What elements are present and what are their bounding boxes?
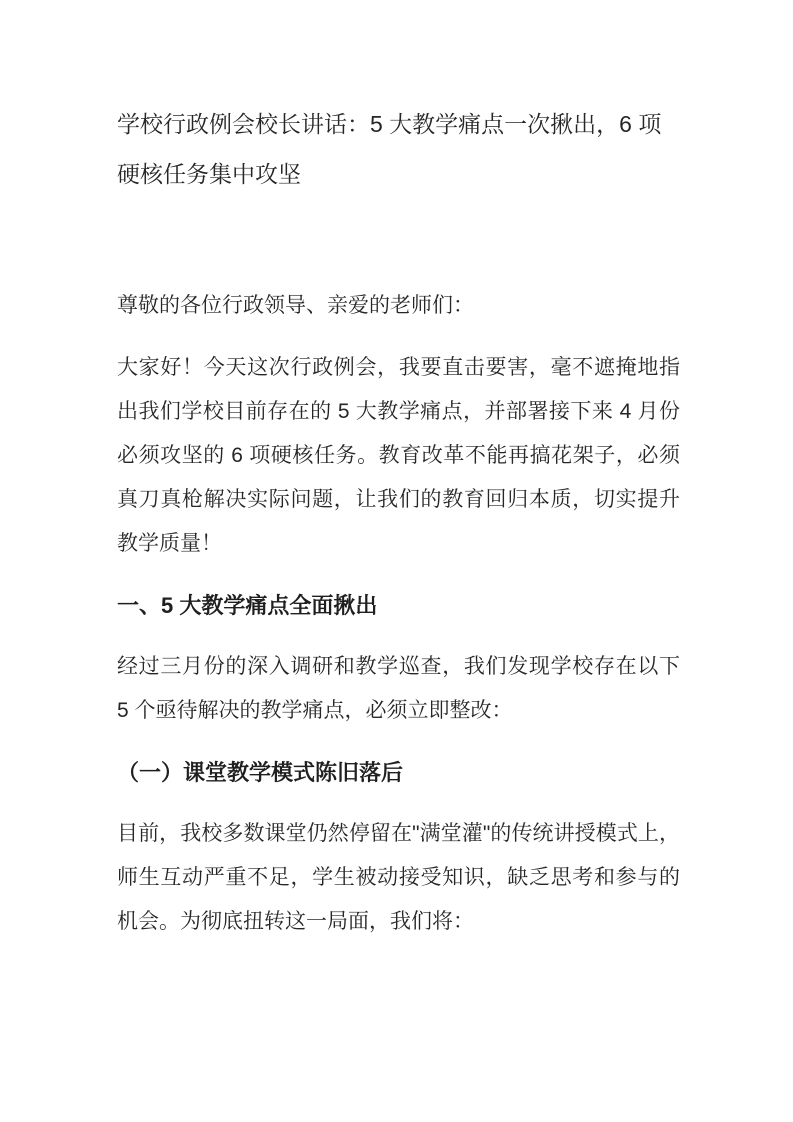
greeting-paragraph: 尊敬的各位行政领导、亲爱的老师们： (117, 284, 680, 328)
section-1-heading: 一、5 大教学痛点全面揪出 (117, 584, 680, 628)
subsection-1-body-paragraph: 目前，我校多数课堂仍然停留在"满堂灌"的传统讲授模式上，师生互动严重不足，学生被… (117, 812, 680, 944)
intro-paragraph: 大家好！今天这次行政例会，我要直击要害，毫不遮掩地指出我们学校目前存在的 5 大… (117, 346, 680, 566)
subsection-1-heading: （一）课堂教学模式陈旧落后 (117, 751, 680, 795)
section-1-intro-paragraph: 经过三月份的深入调研和教学巡查，我们发现学校存在以下 5 个亟待解决的教学痛点，… (117, 645, 680, 733)
article-title: 学校行政例会校长讲话：5 大教学痛点一次揪出，6 项硬核任务集中攻坚 (117, 99, 680, 199)
document-page: 学校行政例会校长讲话：5 大教学痛点一次揪出，6 项硬核任务集中攻坚 尊敬的各位… (0, 0, 793, 1122)
